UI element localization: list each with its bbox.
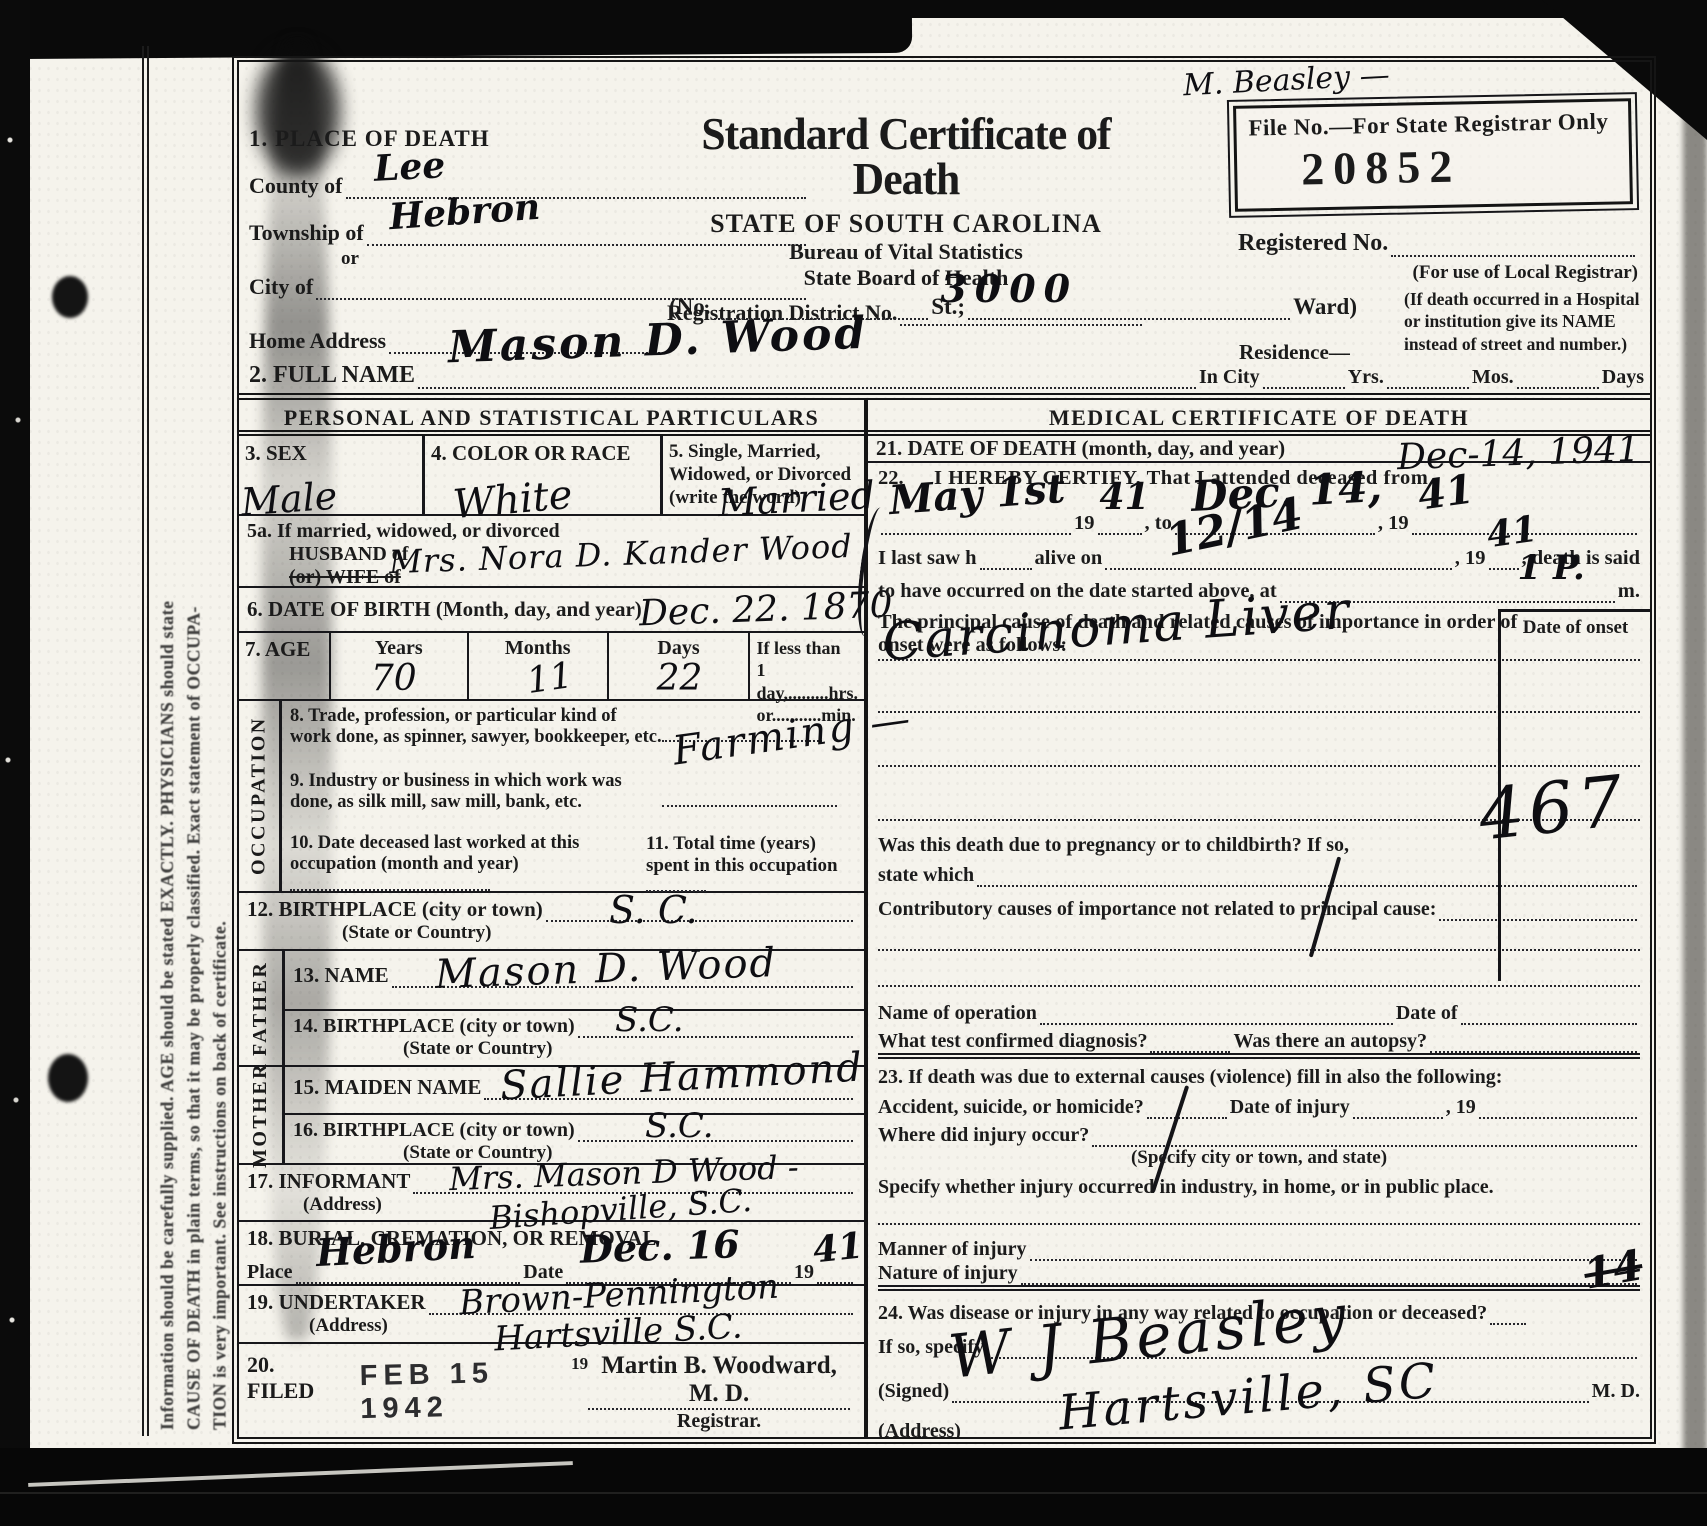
age-note-line: If less than [756,637,858,660]
birthplace-label: 12. BIRTHPLACE (city or town) [247,897,543,922]
attended-from-year-handwritten: 41 [1100,479,1150,515]
dotted-line [1263,369,1345,389]
age-row: 7. AGE Years 70 Months 11 Days 22 If les… [239,633,864,701]
dotted-line [980,550,1032,571]
undertaker-label: 19. UNDERTAKER [247,1290,426,1315]
state-which-label: state which [878,864,974,887]
margin-line: CAUSE OF DEATH in plain terms, so that i… [180,60,206,1430]
father-birthplace-value-handwritten: S.C. [615,1003,684,1037]
dob-label: 6. DATE OF BIRTH (Month, day, and year) [247,597,642,622]
dotted-line [1461,1005,1638,1025]
dob-field: 6. DATE OF BIRTH (Month, day, and year) … [239,588,864,632]
dotted-line [968,297,1290,320]
external-causes-section: 23. If death was due to external causes … [868,1059,1650,1291]
age-field: 7. AGE [239,633,331,699]
dotted-line [878,1209,1640,1225]
informant-field: 17. INFORMANT (Address) Mrs. Mason D Woo… [239,1165,864,1222]
dob-value-handwritten: Dec. 22. 1870 [638,588,893,633]
filed-year-prefix: 19 [571,1354,588,1374]
scanned-death-certificate: { "margin_note": { "line1": "Information… [0,0,1707,1526]
attended-to-year-handwritten: 41 [1415,469,1476,516]
specify-place-label: Specify whether injury occurred in indus… [878,1176,1494,1199]
mother-maiden-name-field: 15. MAIDEN NAME Sallie Hammond [285,1067,864,1113]
dotted-line [1391,233,1635,257]
filed-row: 20. FILED FEB 15 1942 19 Martin B. Woodw… [239,1344,864,1437]
burial-place-handwritten: Hebron [315,1226,476,1272]
full-name-value-handwritten: Mason D. Wood [447,312,868,371]
meridiem-label: m. [1618,580,1640,603]
dotted-line [546,901,853,922]
days-label: Days [615,637,743,660]
full-name-label: 2. FULL NAME [249,362,415,389]
personal-section-title: PERSONAL AND STATISTICAL PARTICULARS [239,400,864,436]
age-note-line: 1 day,.........hrs. [756,659,858,704]
age-days-value-handwritten: 22 [657,661,703,697]
dotted-line [1430,1033,1637,1053]
occupation-side-strip: OCCUPATION [239,701,282,891]
father-name-label: 13. NAME [293,963,389,988]
registrar-signature-block: Martin B. Woodward, M. D. Registrar. [588,1352,856,1433]
birthplace-value-handwritten: S. C. [609,891,698,929]
alive-on-year-handwritten: 41 [1484,510,1539,553]
certificate-title: Standard Certificate of Death [674,112,1138,202]
punch-hole [52,276,88,318]
industry-field: 9. Industry or business in which work wa… [282,769,864,831]
item-number: 1. [249,126,268,151]
last-worked-field: 10. Date deceased last worked at this oc… [290,833,620,889]
margin-number-handwritten: 14 [1580,1244,1645,1296]
scan-edge-noise [1683,0,1707,1460]
registered-no-field: Registered No. [1238,230,1638,257]
external-causes-label: 23. If death was due to external causes … [878,1066,1502,1089]
specify-city-note: (Specify city or town, and state) [878,1147,1640,1171]
md-label: M. D. [1592,1380,1640,1403]
comma-19-label: , 19 [1378,512,1409,535]
age-years-cell: Years 70 [331,633,469,699]
dotted-line [578,1122,853,1142]
father-side-label: FATHER [239,951,282,1065]
age-years-value-handwritten: 70 [371,661,417,697]
occupation-group: OCCUPATION 8. Trade, profession, or part… [239,701,864,893]
burial-place-label: Place [247,1261,293,1284]
age-label: 7. AGE [245,637,310,661]
age-days-cell: Days 22 [609,633,751,699]
operation-date-label: Date of [1396,1002,1458,1025]
hour-of-death-handwritten: 1 P. [1518,551,1585,585]
year-prefix: 19 [1074,512,1095,535]
residence-duration-field: In City Yrs. Mos. Days [1199,366,1644,389]
dotted-line: Mason D. Wood [418,365,1196,389]
county-label: County of [249,173,343,199]
punch-hole [48,1054,88,1102]
sex-field: 3. SEX Male [239,436,425,514]
dotted-line: 12/14 [1105,550,1451,571]
dotted-line [1479,1099,1637,1119]
margin-instructions: Information should be carefully supplied… [154,60,232,1430]
personal-column: PERSONAL AND STATISTICAL PARTICULARS 3. … [239,400,868,1437]
test-autopsy-field: What test confirmed diagnosis? Was there… [878,1025,1640,1059]
trade-field: 8. Trade, profession, or particular kind… [282,701,864,769]
county-value-handwritten: Lee [373,147,446,187]
race-label: 4. COLOR OR RACE [431,441,631,465]
sex-value-handwritten: Male [240,477,339,522]
registrar-name: Martin B. Woodward, M. D. [588,1352,850,1410]
accident-label: Accident, suicide, or homicide? [878,1096,1144,1119]
where-injury-field: Where did injury occur? [878,1119,1640,1147]
marital-field: 5. Single, Married, Widowed, or Divorced… [663,436,864,514]
filed-label: 20. FILED [247,1352,334,1404]
full-name-field: 2. FULL NAME Mason D. Wood [249,362,1199,389]
dotted-line [1147,1099,1227,1119]
margin-rule [142,46,144,1436]
bureau-name: Bureau of Vital Statistics [667,239,1145,265]
total-time-field: 11. Total time (years) spent in this occ… [620,833,856,889]
address-label: (Address) [878,1420,961,1437]
medical-section-title: MEDICAL CERTIFICATE OF DEATH [868,400,1650,436]
year-19-label: , 19 [1446,1096,1476,1119]
township-value-handwritten: Hebron [388,189,541,235]
burial-date-handwritten: Dec. 16 [580,1225,741,1269]
mos-label: Mos. [1472,366,1514,389]
occupation-rows: 8. Trade, profession, or particular kind… [282,701,864,891]
onset-code-handwritten: 467 [1476,765,1631,850]
registrar-title: Registrar. [588,1410,850,1433]
file-number-value: 20852 [1301,136,1630,195]
operation-label: Name of operation [878,1002,1037,1025]
alive-on-date-handwritten: 12/14 [1162,492,1307,564]
township-label: Township of [249,220,364,246]
sex-race-marital-row: 3. SEX Male 4. COLOR OR RACE White 5. Si… [239,436,864,516]
age-months-cell: Months 11 [469,633,609,699]
specify-place-note: Specify whether injury occurred in indus… [878,1171,1640,1199]
hospital-note: (If death occurred in a Hospital or inst… [1404,288,1642,355]
days-label: Days [1602,366,1644,389]
mother-side-label: MOTHER [239,1067,282,1163]
mother-maiden-name-label: 15. MAIDEN NAME [293,1075,481,1100]
age-less-than-day-note: If less than 1 day,.........hrs. or.....… [750,633,864,699]
form-columns: PERSONAL AND STATISTICAL PARTICULARS 3. … [239,400,1650,1437]
signed-label: (Signed) [878,1380,949,1403]
years-label: Years [337,637,461,660]
dotted-line [1040,1005,1393,1025]
dotted-line [1030,1241,1637,1261]
st-label: St.; [931,294,965,320]
file-number-label: File No.—For State Registrar Only [1236,101,1629,142]
contributory-label: Contributory causes of importance not re… [878,898,1436,921]
dotted-line [1490,1305,1526,1325]
dotted-line: 41 [1489,550,1519,571]
comma-19-label: , 19 [1455,547,1486,570]
father-name-field: 13. NAME Mason D. Wood [285,951,864,1009]
dotted-line [290,876,490,891]
dotted-line [1353,1099,1443,1119]
header-section: 1. PLACE OF DEATH County of Lee Township… [239,62,1650,342]
date-of-death-field: 21. DATE OF DEATH (month, day, and year)… [868,436,1650,463]
cause-of-death-area: Date of onset 467 Carcinoma Liver [868,613,1650,1059]
accident-field: Accident, suicide, or homicide? Date of … [878,1089,1640,1119]
race-field: 4. COLOR OR RACE White [425,436,663,514]
nature-of-injury-label: Nature of injury [878,1262,1018,1285]
father-name-value-handwritten: Mason D. Wood [434,943,777,995]
in-city-label: In City [1199,366,1260,389]
test-question-label: What test confirmed diagnosis? [878,1030,1147,1053]
industry-label: 9. Industry or business in which work wa… [290,771,662,814]
dotted-line [1387,369,1469,389]
nature-of-injury-field: Nature of injury 14 [878,1261,1640,1291]
external-causes-caption: 23. If death was due to external causes … [878,1059,1640,1089]
certificate-form: 1. PLACE OF DEATH County of Lee Township… [232,56,1656,1444]
injury-date-label: Date of injury [1230,1096,1350,1119]
pregnancy-question-label: Was this death due to pregnancy or to ch… [878,834,1349,857]
last-saw-label: I last saw h [878,547,977,570]
father-rows: 13. NAME Mason D. Wood 14. BIRTHPLACE (c… [285,951,864,1065]
scan-left-strip [0,0,30,1526]
last-worked-total-time-row: 10. Date deceased last worked at this oc… [282,831,864,891]
state-name: STATE OF SOUTH CAROLINA [667,209,1145,239]
dotted-line: May 1st [881,515,1071,536]
alive-on-label: alive on [1035,547,1103,570]
residence-label: Residence— [1239,340,1350,365]
occupation-side-label: OCCUPATION [239,701,279,891]
mother-birthplace-label: 16. BIRTHPLACE (city or town) [293,1119,575,1142]
dotted-line [662,792,837,807]
mother-birthplace-value-handwritten: S.C. [645,1109,714,1143]
informant-label: 17. INFORMANT [247,1169,410,1194]
manner-of-injury-field: Manner of injury [878,1231,1640,1261]
spouse-field: 5a. If married, widowed, or divorced HUS… [239,516,864,588]
residence-block: Residence— In City Yrs. Mos. Days [1199,366,1644,389]
total-time-label: 11. Total time (years) spent in this occ… [646,833,856,877]
occupation-relation-section: W J Beasley Hartsville, SC 24. Was disea… [868,1291,1650,1437]
yrs-label: Yrs. [1348,366,1384,389]
ward-label: Ward) [1293,294,1357,320]
sex-label: 3. SEX [245,441,307,465]
margin-rule [147,46,149,1436]
dotted-line: 41 [817,1264,853,1284]
scan-bottom-band [0,1448,1707,1526]
age-months-value-handwritten: 11 [524,658,574,700]
autopsy-question-label: Was there an autopsy? [1233,1030,1427,1053]
attended-from-handwritten: May 1st [888,468,1067,520]
filed-date-stamp: FEB 15 1942 [359,1356,566,1426]
file-number-box: File No.—For State Registrar Only 20852 [1233,98,1633,212]
dotted-line: 41 [1098,515,1142,536]
father-birthplace-label: 14. BIRTHPLACE (city or town) [293,1015,575,1038]
dotted-line [1517,369,1599,389]
burial-year-prefix: 19 [794,1261,814,1284]
manner-of-injury-label: Manner of injury [878,1238,1027,1261]
date-of-death-label: 21. DATE OF DEATH (month, day, and year) [876,436,1285,461]
city-label: City of [249,274,313,300]
undertaker-field: 19. UNDERTAKER (Address) Brown-Penningto… [239,1286,864,1344]
operation-field: Name of operation Date of [878,993,1640,1025]
registrar-annotation-handwritten: M. Beasley — [1183,61,1391,102]
margin-line: TION is very important. See instructions… [207,60,233,1430]
burial-year-handwritten: 41 [811,1227,865,1268]
birthplace-subnote: (State or Country) [342,922,856,944]
date-of-onset-label: Date of onset [1501,612,1650,639]
margin-line: Information should be carefully supplied… [154,60,180,1430]
last-worked-label: 10. Date deceased last worked at this oc… [290,833,600,876]
scan-top-blob [0,0,912,59]
registered-no-label: Registered No. [1238,230,1388,257]
medical-column: MEDICAL CERTIFICATE OF DEATH 21. DATE OF… [868,400,1650,1437]
months-label: Months [475,637,601,660]
trade-label: 8. Trade, profession, or particular kind… [290,706,662,749]
where-injury-label: Where did injury occur? [878,1124,1089,1147]
dotted-line [1150,1033,1230,1053]
mother-side-strip: MOTHER [239,1067,285,1163]
local-registrar-note: (For use of Local Registrar) [1298,262,1638,284]
father-side-strip: FATHER [239,951,285,1065]
injury-blank-line [878,1199,1640,1231]
